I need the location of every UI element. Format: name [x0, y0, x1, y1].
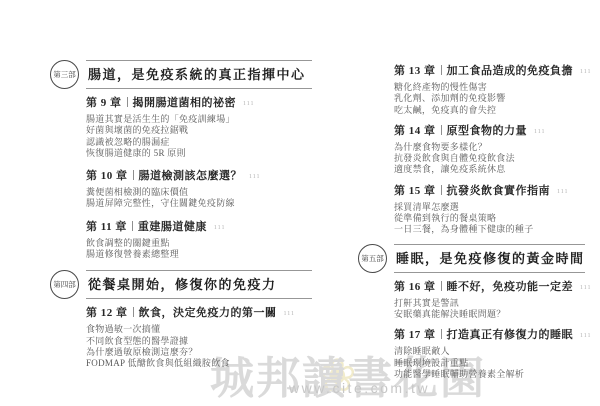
part-badge: 第五部: [358, 244, 387, 273]
page-marker: 111: [580, 285, 592, 291]
topic-line: 食物過敏一次搞懂: [86, 324, 312, 335]
chapter-name: 加工食品造成的免疫負擔: [447, 65, 574, 77]
topic-line: 認識被忽略的腸漏症: [86, 137, 312, 148]
part-title: 腸道，是免疫系統的真正指揮中心: [88, 66, 312, 83]
topic-line: 不同飲食型態的醫學證據: [86, 336, 312, 347]
topic-line: 採買清單怎麼選: [394, 202, 570, 213]
chapter-title: 第 10 章腸道檢測該怎麼選？111: [86, 169, 312, 185]
chapter-name: 抗發炎飲食實作指南: [447, 185, 551, 197]
flower-icon: ❀: [318, 348, 357, 402]
topic-line: 睡眠環境設計重點: [394, 358, 570, 369]
topic-line: FODMAP 低醣飲食與低組織胺飲食: [86, 358, 312, 369]
chapter-number: 第 17 章: [394, 329, 436, 341]
part-header-4: 第四部 從餐桌開始，修復你的免疫力: [50, 270, 312, 299]
topic-line: 好菌與壞菌的免疫拉鋸戰: [86, 125, 312, 136]
page-marker: 111: [580, 333, 592, 339]
chapter-entry-16: 第 16 章睡不好，免疫功能一定差111 打鼾其實是警訊 安眠藥真能解決睡眠問題…: [394, 280, 570, 321]
chapter-list: 第 13 章加工食品造成的免疫負擔111 糖化終產物的慢性傷害 乳化劑、添加劑的…: [358, 64, 570, 236]
part-title-rule: 睡眠，是免疫修復的黃金時間: [394, 244, 585, 273]
topic-line: 適度禁食，讓免疫系統休息: [394, 164, 570, 175]
chapter-title: 第 17 章打造真正有修復力的睡眠111: [394, 328, 570, 344]
chapter-entry-12: 第 12 章飲食，決定免疫力的第一關111 食物過敏一次搞懂 不同飲食型態的醫學…: [86, 306, 312, 369]
part-title: 睡眠，是免疫修復的黃金時間: [396, 250, 585, 267]
chapter-number: 第 9 章: [86, 97, 122, 109]
chapter-title: 第 12 章飲食，決定免疫力的第一關111: [86, 306, 312, 322]
chapter-title-divider: [441, 329, 442, 339]
chapter-title-divider: [441, 185, 442, 195]
chapter-entry-11: 第 11 章重建腸道健康111 飲食調整的關鍵重點 腸道修復營養素總整理: [86, 220, 312, 261]
topic-line: 清除睡眠敵人: [394, 346, 570, 357]
topic-line: 從準備到執行的餐桌策略: [394, 213, 570, 224]
page-marker: 111: [249, 174, 261, 180]
chapter-title: 第 11 章重建腸道健康111: [86, 220, 312, 236]
topic-line: 腸道屏障完整性，守住關鍵免疫防線: [86, 198, 312, 209]
page-marker: 111: [580, 69, 592, 75]
chapter-number: 第 11 章: [86, 221, 127, 233]
chapter-number: 第 15 章: [394, 185, 436, 197]
chapter-number: 第 14 章: [394, 125, 436, 137]
part-header-5: 第五部 睡眠，是免疫修復的黃金時間: [358, 244, 570, 273]
chapter-entry-14: 第 14 章原型食物的力量111 為什麼食物要多樣化？ 抗發炎飲食與自體免疫飲食…: [394, 124, 570, 176]
part-title: 從餐桌開始，修復你的免疫力: [88, 276, 312, 293]
chapter-list: 第 12 章飲食，決定免疫力的第一關111 食物過敏一次搞懂 不同飲食型態的醫學…: [50, 306, 312, 369]
chapter-entry-13: 第 13 章加工食品造成的免疫負擔111 糖化終產物的慢性傷害 乳化劑、添加劑的…: [394, 64, 570, 116]
topic-line: 腸道其實是活生生的「免疫訓練場」: [86, 114, 312, 125]
topic-line: 功能醫學睡眠輔助營養素全解析: [394, 369, 570, 380]
part-header-3: 第三部 腸道，是免疫系統的真正指揮中心: [50, 60, 312, 89]
topic-line: 抗發炎飲食與自體免疫飲食法: [394, 153, 570, 164]
topic-line: 乳化劑、添加劑的免疫影響: [394, 93, 570, 104]
toc-column-left: 第三部 腸道，是免疫系統的真正指揮中心 第 9 章揭開腸道菌相的祕密111 腸道…: [50, 0, 312, 380]
toc-column-right: 第 13 章加工食品造成的免疫負擔111 糖化終產物的慢性傷害 乳化劑、添加劑的…: [358, 0, 570, 388]
book-toc-page: ❀ 城邦讀書花園 www.cite.com.tw 第三部 腸道，是免疫系統的真正…: [0, 0, 600, 406]
topic-line: 吃太鹹，免疫真的會失控: [394, 105, 570, 116]
chapter-number: 第 10 章: [86, 170, 128, 182]
chapter-title: 第 16 章睡不好，免疫功能一定差111: [394, 280, 570, 296]
chapter-name: 打造真正有修復力的睡眠: [447, 329, 574, 341]
topic-line: 為什麼過敏原檢測這麼夯？: [86, 347, 312, 358]
topic-line: 一日三餐，為身體種下健康的種子: [394, 224, 570, 235]
chapter-name: 睡不好，免疫功能一定差: [447, 281, 574, 293]
page-marker: 111: [557, 189, 569, 195]
chapter-entry-10: 第 10 章腸道檢測該怎麼選？111 糞便菌相檢測的臨床價值 腸道屏障完整性，守…: [86, 169, 312, 210]
page-marker: 111: [284, 311, 296, 317]
page-marker: 111: [214, 225, 226, 231]
chapter-entry-15: 第 15 章抗發炎飲食實作指南111 採買清單怎麼選 從準備到執行的餐桌策略 一…: [394, 184, 570, 236]
chapter-title: 第 13 章加工食品造成的免疫負擔111: [394, 64, 570, 80]
chapter-number: 第 12 章: [86, 307, 128, 319]
chapter-number: 第 13 章: [394, 65, 436, 77]
chapter-name: 重建腸道健康: [138, 221, 207, 233]
topic-line: 恢復腸道健康的 5R 原則: [86, 148, 312, 159]
chapter-title: 第 14 章原型食物的力量111: [394, 124, 570, 140]
chapter-title-divider: [133, 307, 134, 317]
topic-line: 腸道修復營養素總整理: [86, 249, 312, 260]
chapter-list: 第 9 章揭開腸道菌相的祕密111 腸道其實是活生生的「免疫訓練場」 好菌與壞菌…: [50, 96, 312, 260]
topic-line: 飲食調整的關鍵重點: [86, 238, 312, 249]
topic-line: 打鼾其實是警訊: [394, 298, 570, 309]
topic-line: 糞便菌相檢測的臨床價值: [86, 187, 312, 198]
part-title-rule: 從餐桌開始，修復你的免疫力: [86, 270, 312, 299]
chapter-title-divider: [133, 170, 134, 180]
chapter-title-divider: [127, 97, 128, 107]
chapter-entry-9: 第 9 章揭開腸道菌相的祕密111 腸道其實是活生生的「免疫訓練場」 好菌與壞菌…: [86, 96, 312, 159]
part-badge: 第四部: [50, 270, 79, 299]
chapter-name: 原型食物的力量: [447, 125, 528, 137]
chapter-name: 揭開腸道菌相的祕密: [133, 97, 237, 109]
topic-line: 安眠藥真能解決睡眠問題？: [394, 309, 570, 320]
chapter-title-divider: [441, 281, 442, 291]
chapter-title: 第 9 章揭開腸道菌相的祕密111: [86, 96, 312, 112]
chapter-list: 第 16 章睡不好，免疫功能一定差111 打鼾其實是警訊 安眠藥真能解決睡眠問題…: [358, 280, 570, 380]
chapter-number: 第 16 章: [394, 281, 436, 293]
part-badge: 第三部: [50, 60, 79, 89]
chapter-title: 第 15 章抗發炎飲食實作指南111: [394, 184, 570, 200]
part-title-rule: 腸道，是免疫系統的真正指揮中心: [86, 60, 312, 89]
chapter-title-divider: [132, 221, 133, 231]
topic-line: 糖化終產物的慢性傷害: [394, 82, 570, 93]
page-marker: 111: [534, 129, 546, 135]
chapter-name: 飲食，決定免疫力的第一關: [139, 307, 277, 319]
chapter-name: 腸道檢測該怎麼選？: [139, 170, 243, 182]
chapter-title-divider: [441, 125, 442, 135]
chapter-entry-17: 第 17 章打造真正有修復力的睡眠111 清除睡眠敵人 睡眠環境設計重點 功能醫…: [394, 328, 570, 380]
page-marker: 111: [243, 101, 255, 107]
chapter-title-divider: [441, 65, 442, 75]
topic-line: 為什麼食物要多樣化？: [394, 142, 570, 153]
